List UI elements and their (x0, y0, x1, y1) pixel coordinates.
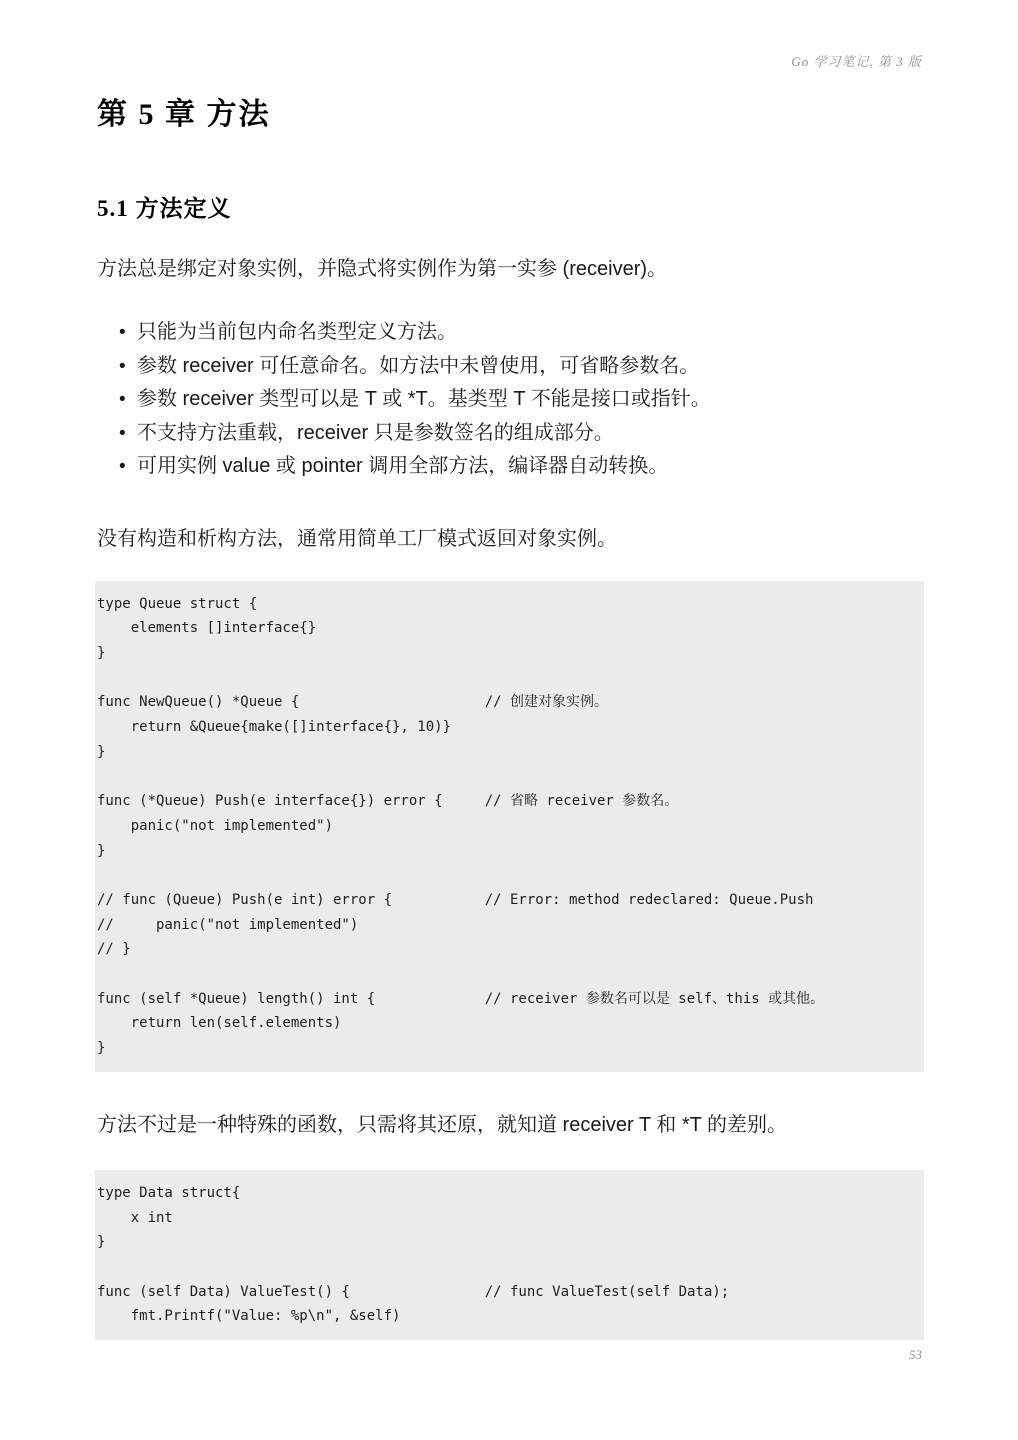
bullet-item: •不支持方法重载，receiver 只是参数签名的组成部分。 (97, 417, 922, 451)
paragraph-factory: 没有构造和析构方法，通常用简单工厂模式返回对象实例。 (97, 526, 922, 553)
bullet-icon: • (119, 383, 126, 417)
bullet-text: 参数 receiver 可任意命名。如方法中未曾使用，可省略参数名。 (137, 355, 699, 377)
paragraph-difference: 方法不过是一种特殊的函数，只需将其还原，就知道 receiver T 和 *T … (97, 1112, 922, 1139)
bullet-icon: • (119, 350, 126, 384)
paragraph-intro: 方法总是绑定对象实例，并隐式将实例作为第一实参 (receiver)。 (97, 256, 922, 283)
bullet-icon: • (119, 450, 126, 484)
book-page: Go 学习笔记, 第 3 版 第 5 章 方法 5.1 方法定义 方法总是绑定对… (0, 0, 1018, 1440)
bullet-text: 只能为当前包内命名类型定义方法。 (137, 321, 457, 343)
bullet-icon: • (119, 316, 126, 350)
bullet-text: 参数 receiver 类型可以是 T 或 *T。基类型 T 不能是接口或指针。 (137, 388, 711, 410)
section-title: 5.1 方法定义 (97, 194, 922, 224)
bullet-text: 可用实例 value 或 pointer 调用全部方法，编译器自动转换。 (137, 455, 668, 477)
page-number: 53 (97, 1347, 922, 1363)
bullet-item: •只能为当前包内命名类型定义方法。 (97, 316, 922, 350)
bullet-list: •只能为当前包内命名类型定义方法。 •参数 receiver 可任意命名。如方法… (97, 316, 922, 484)
bullet-item: •可用实例 value 或 pointer 调用全部方法，编译器自动转换。 (97, 450, 922, 484)
code-block-data: type Data struct{ x int } func (self Dat… (95, 1170, 924, 1340)
bullet-item: •参数 receiver 可任意命名。如方法中未曾使用，可省略参数名。 (97, 350, 922, 384)
running-header: Go 学习笔记, 第 3 版 (97, 0, 922, 70)
code-block-queue: type Queue struct { elements []interface… (95, 581, 924, 1072)
bullet-text: 不支持方法重载，receiver 只是参数签名的组成部分。 (137, 422, 614, 444)
chapter-title: 第 5 章 方法 (97, 96, 922, 134)
bullet-icon: • (119, 417, 126, 451)
bullet-item: •参数 receiver 类型可以是 T 或 *T。基类型 T 不能是接口或指针… (97, 383, 922, 417)
